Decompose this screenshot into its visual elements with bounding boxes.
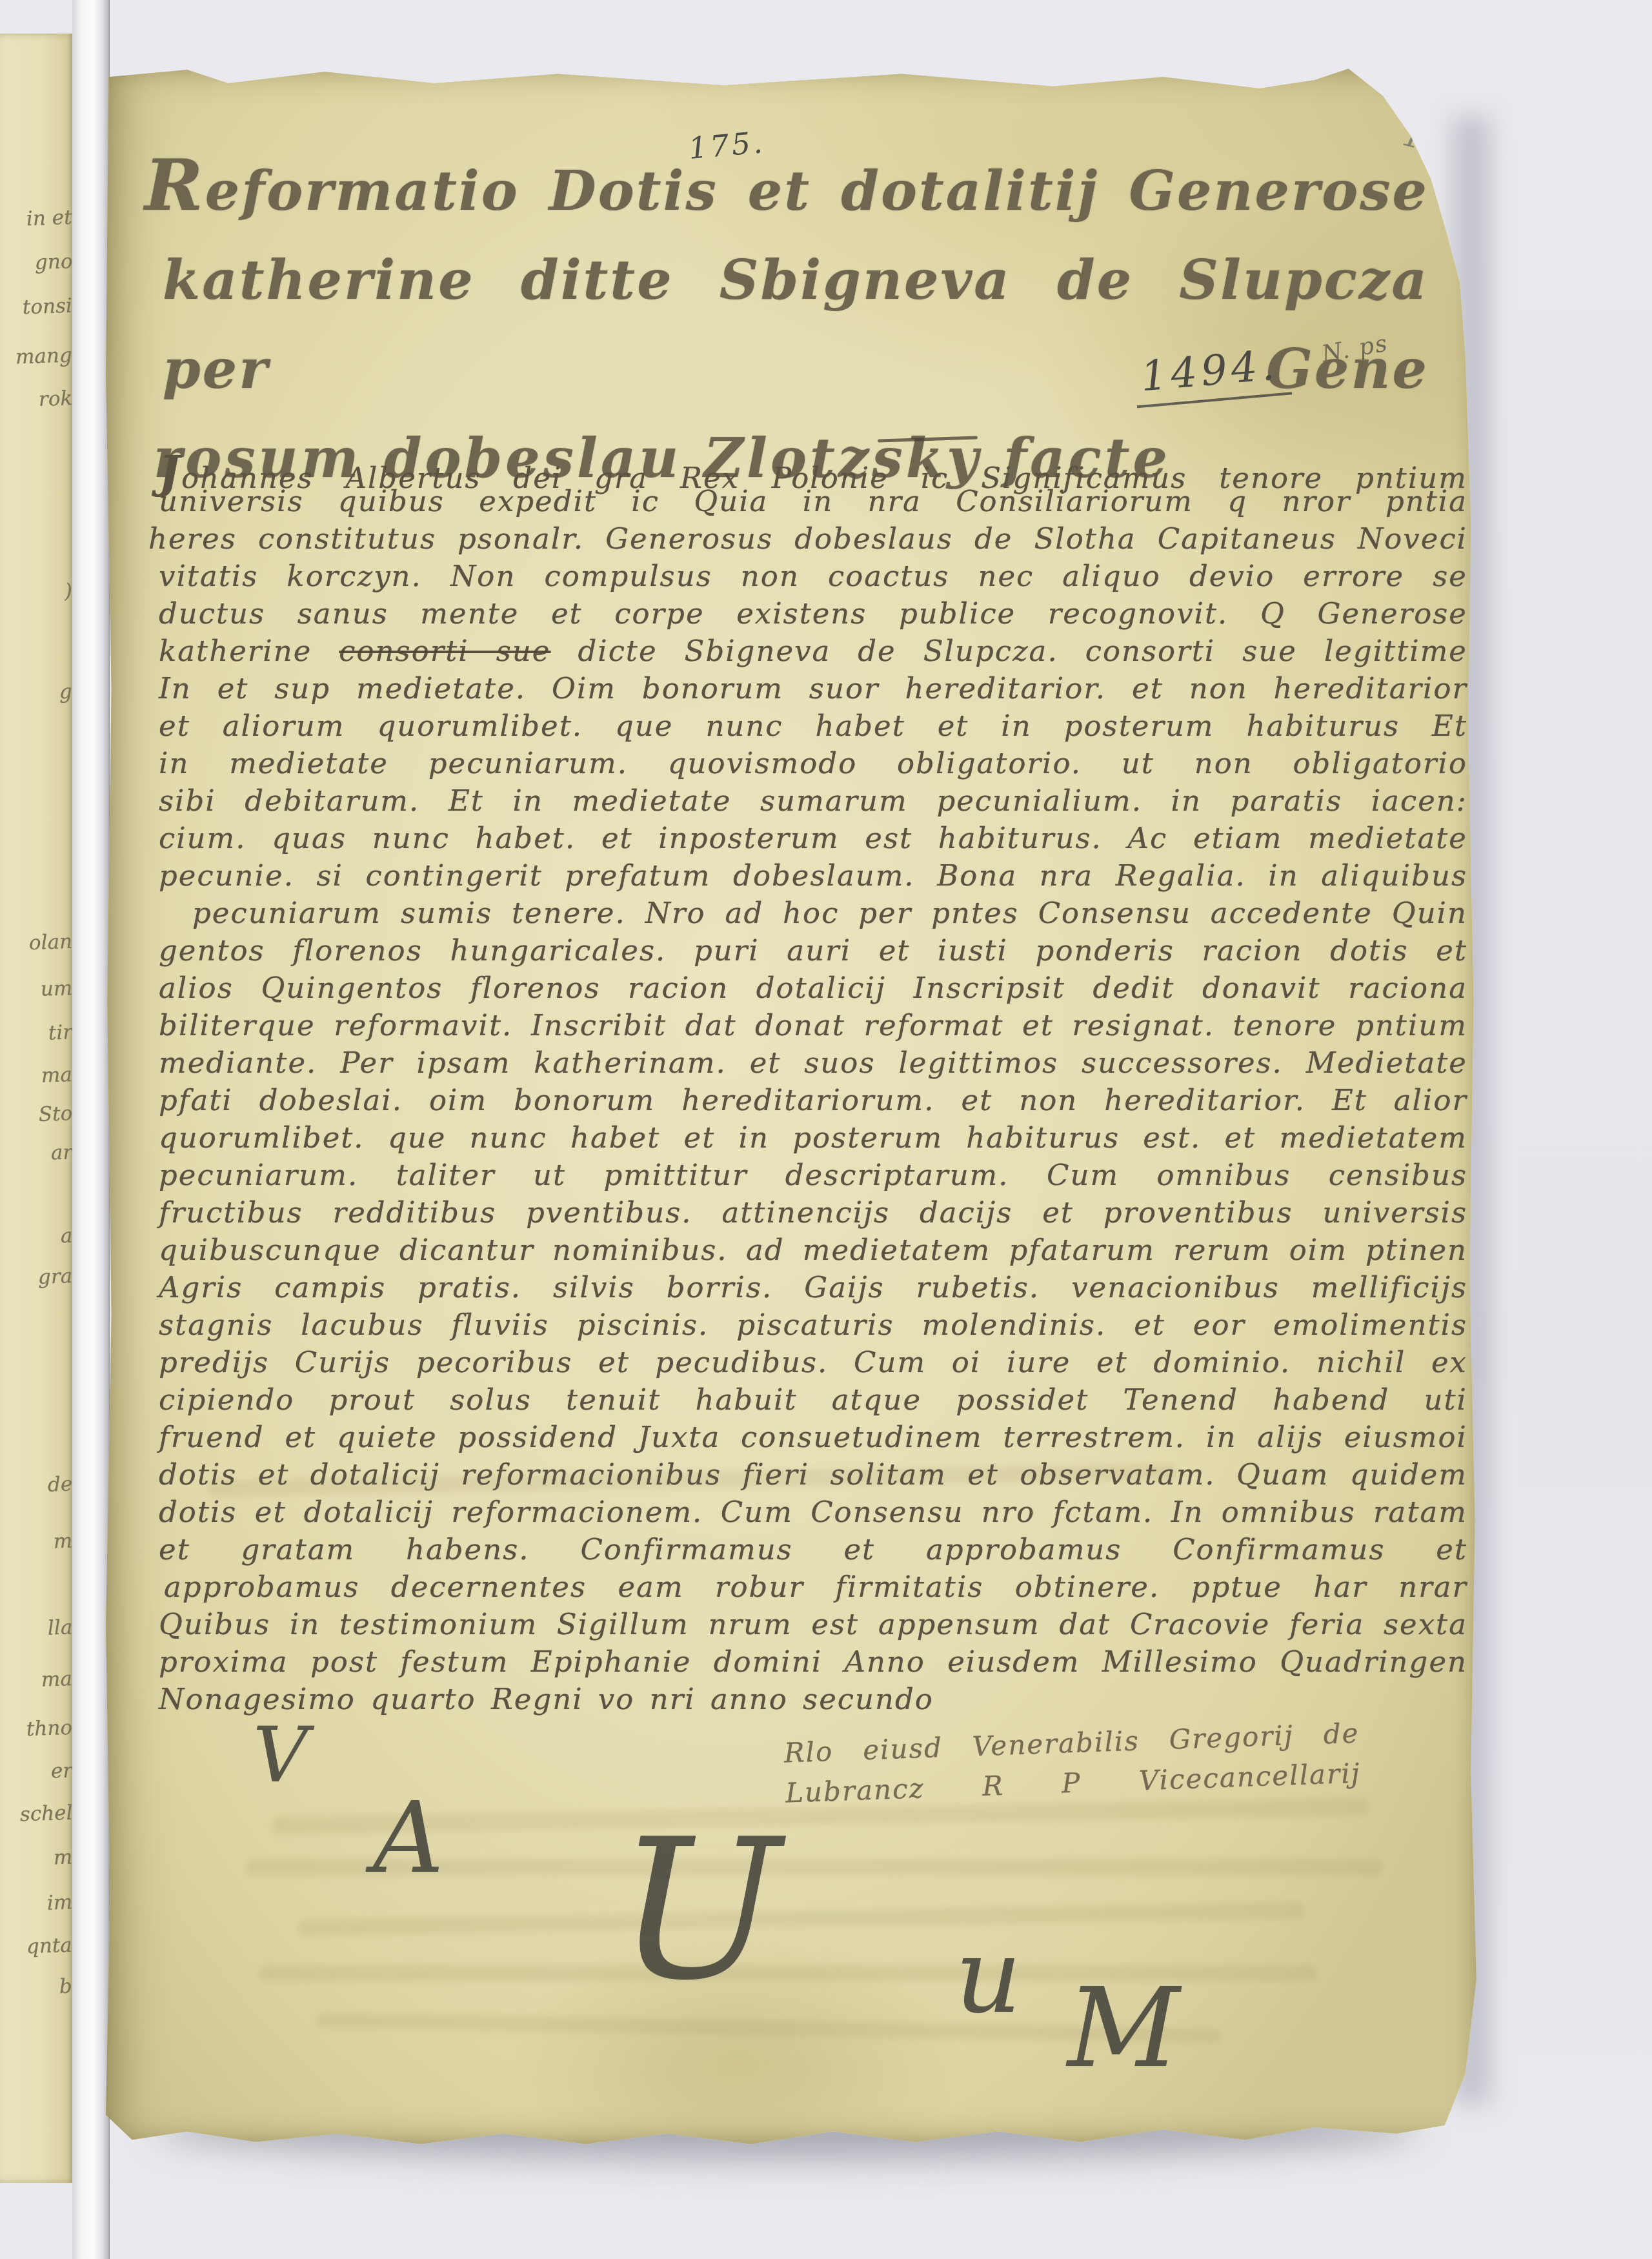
margin-fragment: g bbox=[59, 680, 73, 704]
margin-fragment: lla bbox=[47, 1616, 73, 1639]
body-line: katherine consorti sue dicte Sbigneva de… bbox=[159, 634, 1467, 671]
body-line: Johannes Albertus dei gra Rex Polonie ic… bbox=[159, 447, 1467, 484]
scanned-manuscript: in etgnotonsimangrok)golanumtirmaStoarag… bbox=[0, 0, 1652, 2259]
margin-fragment: b bbox=[59, 1975, 73, 1999]
margin-fragment: gno bbox=[34, 250, 73, 274]
pen-trial-letter: U bbox=[618, 1814, 781, 2007]
struck-text: consorti sue bbox=[339, 634, 550, 668]
body-line: fructibus redditibus pventibus. attinenc… bbox=[159, 1195, 1467, 1233]
margin-fragment: im bbox=[46, 1890, 73, 1914]
body-line: pecunie. si contingerit prefatum dobesla… bbox=[159, 858, 1467, 896]
pen-trial-letter: M bbox=[1067, 1974, 1180, 2083]
margin-fragment: ar bbox=[50, 1140, 73, 1164]
body-line: quorumlibet. que nunc habet et in poster… bbox=[159, 1120, 1467, 1158]
margin-fragment: tonsi bbox=[22, 294, 72, 319]
margin-fragment: qnta bbox=[26, 1934, 73, 1958]
body-line: stagnis lacubus fluviis piscinis. piscat… bbox=[159, 1308, 1467, 1345]
body-line: sibi debitarum. Et in medietate sumarum … bbox=[159, 784, 1467, 821]
margin-fragment: schel bbox=[19, 1801, 73, 1827]
body-line: approbamus decernentes eam robur firmita… bbox=[159, 1570, 1467, 1607]
body-line: cipiendo prout solus tenuit habuit atque… bbox=[159, 1383, 1467, 1420]
body-line: In et sup medietate. Oim bonorum suor he… bbox=[159, 671, 1467, 709]
body-line: pfati dobeslai. oim bonorum hereditarior… bbox=[159, 1083, 1467, 1120]
margin-fragment: m bbox=[53, 1529, 73, 1553]
body-line: biliterque reformavit. Inscribit dat don… bbox=[159, 1008, 1467, 1046]
pen-trial-letter: V bbox=[253, 1717, 308, 1793]
book-spine bbox=[72, 0, 110, 2259]
body-line: in medietate pecuniarum. quovismodo obli… bbox=[159, 746, 1467, 784]
body-line: heres constitutus psonalr. Generosus dob… bbox=[148, 522, 1467, 559]
margin-fragment: a bbox=[60, 1224, 73, 1248]
margin-fragment: er bbox=[50, 1759, 72, 1783]
margin-fragment: tir bbox=[48, 1020, 72, 1044]
margin-fragment: thno bbox=[26, 1716, 72, 1741]
body-line: cium. quas nunc habet. et inposterum est… bbox=[159, 821, 1467, 858]
margin-fragment: Sto bbox=[38, 1102, 73, 1126]
body-line: gentos florenos hungaricales. puri auri … bbox=[159, 933, 1467, 971]
body-line: quibuscunque dicantur nominibus. ad medi… bbox=[159, 1233, 1467, 1270]
body-line: alios Quingentos florenos racion dotalic… bbox=[159, 971, 1467, 1008]
showthrough-mark bbox=[298, 1901, 1305, 1936]
margin-fragment: mang bbox=[15, 343, 73, 369]
body-line: dotis et dotalicij reformacionibus fieri… bbox=[159, 1457, 1467, 1495]
margin-fragment: um bbox=[40, 977, 73, 1001]
margin-fragment: gra bbox=[37, 1264, 72, 1289]
body-line: ductus sanus mente et corpe existens pub… bbox=[159, 596, 1467, 634]
previous-page-edge: in etgnotonsimangrok)golanumtirmaStoarag… bbox=[0, 34, 76, 2183]
body-line: universis quibus expedit ic Quia in nra … bbox=[159, 484, 1467, 522]
pen-trial-letter: u bbox=[955, 1925, 1022, 2028]
body-text: Johannes Albertus dei gra Rex Polonie ic… bbox=[159, 447, 1467, 1719]
body-line: Nonagesimo quarto Regni vo nri anno secu… bbox=[159, 1682, 1467, 1719]
margin-fragment: olan bbox=[28, 930, 72, 955]
margin-fragment: de bbox=[47, 1472, 72, 1496]
body-line: vitatis korczyn. Non compulsus non coact… bbox=[159, 559, 1467, 596]
margin-fragment: ma bbox=[41, 1063, 72, 1088]
margin-fragment: rok bbox=[38, 387, 73, 411]
body-line: mediante. Per ipsam katherinam. et suos … bbox=[159, 1046, 1467, 1083]
margin-fragment: m bbox=[53, 1845, 73, 1869]
manuscript-page: 175. 17 Reformatio Dotis et dotalitij Ge… bbox=[105, 65, 1479, 2146]
title-line: Reformatio Dotis et dotalitij Generose bbox=[145, 141, 1429, 236]
margin-fragment: in et bbox=[26, 206, 73, 230]
body-line: pecuniarum sumis tenere. Nro ad hoc per … bbox=[159, 896, 1467, 933]
body-line: et aliorum quorumlibet. que nunc habet e… bbox=[159, 709, 1467, 746]
body-line: predijs Curijs pecoribus et pecudibus. C… bbox=[159, 1345, 1467, 1383]
pen-trial-letter: A bbox=[373, 1789, 444, 1887]
body-line: fruend et quiete possidend Juxta consuet… bbox=[159, 1420, 1467, 1457]
body-line: pecuniarum. taliter ut pmittitur descrip… bbox=[159, 1158, 1467, 1195]
margin-fragment: ) bbox=[64, 580, 72, 603]
body-line: Agris campis pratis. silvis borris. Gaij… bbox=[159, 1270, 1467, 1308]
body-line: Quibus in testimonium Sigillum nrum est … bbox=[159, 1607, 1467, 1645]
margin-fragment: ma bbox=[41, 1667, 72, 1692]
body-line: proxima post festum Epiphanie domini Ann… bbox=[159, 1645, 1467, 1682]
body-line: et gratam habens. Confirmamus et approba… bbox=[159, 1532, 1467, 1570]
body-line: dotis et dotalicij reformacionem. Cum Co… bbox=[159, 1495, 1467, 1532]
